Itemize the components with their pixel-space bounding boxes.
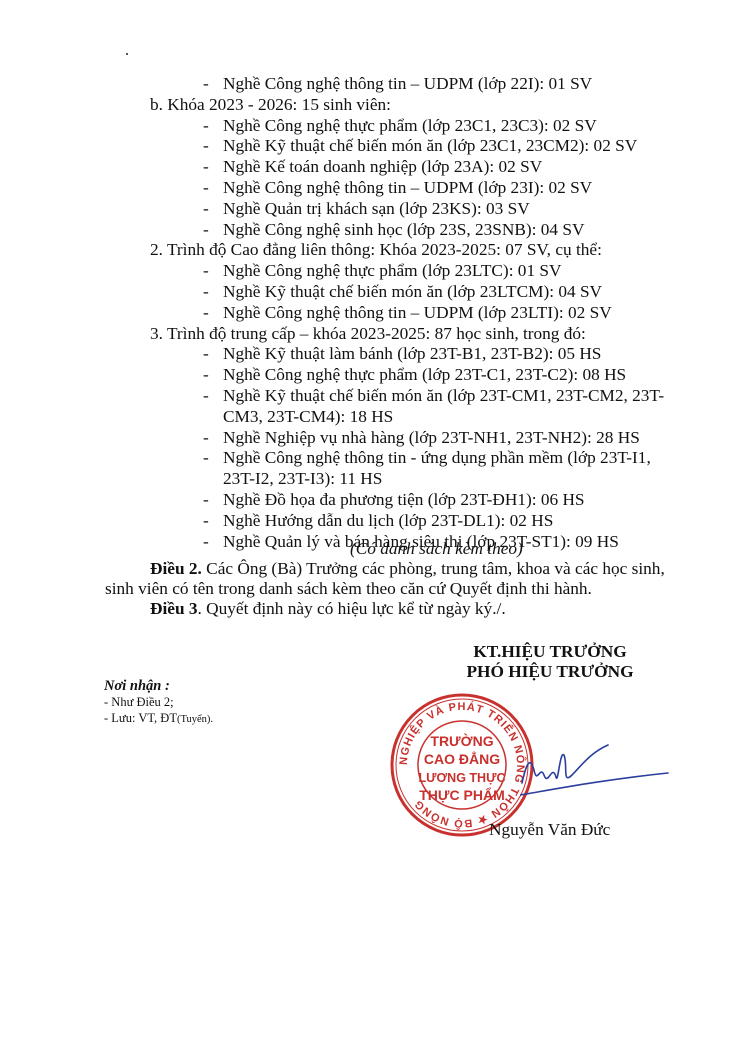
svg-text:CAO ĐẲNG: CAO ĐẲNG — [424, 750, 500, 767]
scan-speck — [126, 53, 128, 55]
list-item-continuation: 23T-I2, 23T-I3): 11 HS — [223, 469, 382, 489]
bullet-dash: - — [203, 136, 209, 156]
list-item-text: Nghề Công nghệ sinh học (lớp 23S, 23SNB)… — [223, 220, 585, 240]
document-page: -Nghề Công nghệ thông tin – UDPM (lớp 22… — [0, 0, 750, 1060]
bullet-dash: - — [203, 303, 209, 323]
list-item-text: Nghề Kỹ thuật chế biến món ăn (lớp 23C1,… — [223, 136, 637, 156]
list-item-text: Nghề Công nghệ thông tin - ứng dụng phần… — [223, 448, 651, 468]
list-item-text: Nghề Công nghệ thực phẩm (lớp 23LTC): 01… — [223, 261, 562, 281]
article-2: Điều 2. Các Ông (Bà) Trưởng các phòng, t… — [150, 559, 665, 579]
list-item-text: Nghề Kỹ thuật chế biến món ăn (lớp 23LTC… — [223, 282, 602, 302]
article-2-text: Các Ông (Bà) Trưởng các phòng, trung tâm… — [202, 559, 665, 578]
recipients-heading: Nơi nhận : — [104, 678, 213, 694]
bullet-dash: - — [203, 428, 209, 448]
section-heading: b. Khóa 2023 - 2026: 15 sinh viên: — [150, 95, 391, 115]
article-2-text-cont: sinh viên có tên trong danh sách kèm the… — [105, 579, 592, 599]
bullet-dash: - — [203, 448, 209, 468]
svg-text:LƯƠNG THỰC: LƯƠNG THỰC — [419, 771, 506, 785]
bullet-dash: - — [203, 282, 209, 302]
list-item-text: Nghề Đồ họa đa phương tiện (lớp 23T-ĐH1)… — [223, 490, 585, 510]
list-item-text: Nghề Hướng dẫn du lịch (lớp 23T-DL1): 02… — [223, 511, 553, 531]
svg-text:TRƯỜNG: TRƯỜNG — [430, 732, 493, 749]
list-item-text: Nghề Công nghệ thông tin – UDPM (lớp 23L… — [223, 303, 612, 323]
list-item-text: Nghề Công nghệ thông tin – UDPM (lớp 22I… — [223, 74, 592, 94]
signature-title-2: PHÓ HIỆU TRƯỞNG — [430, 662, 670, 682]
article-2-label: Điều 2. — [150, 559, 202, 578]
article-3: Điều 3. Quyết định này có hiệu lực kể từ… — [150, 599, 506, 619]
svg-text:THỰC PHẨM: THỰC PHẨM — [419, 786, 505, 803]
official-seal-icon: NGHIỆP VÀ PHÁT TRIỂN NÔNG THÔN ★ BỘ NÔNG… — [387, 690, 537, 840]
list-item-text: Nghề Nghiệp vụ nhà hàng (lớp 23T-NH1, 23… — [223, 428, 640, 448]
bullet-dash: - — [203, 511, 209, 531]
bullet-dash: - — [203, 116, 209, 136]
article-3-label: Điều 3 — [150, 599, 198, 618]
bullet-dash: - — [203, 532, 209, 552]
bullet-dash: - — [203, 199, 209, 219]
bullet-dash: - — [203, 74, 209, 94]
section-heading: 2. Trình độ Cao đẳng liên thông: Khóa 20… — [150, 240, 602, 260]
signer-name: Nguyễn Văn Đức — [489, 820, 610, 840]
list-item-text: Nghề Quản trị khách sạn (lớp 23KS): 03 S… — [223, 199, 530, 219]
list-item-text: Nghề Công nghệ thực phẩm (lớp 23T-C1, 23… — [223, 365, 626, 385]
recipient-item: - Như Điều 2; — [104, 694, 213, 710]
bullet-dash: - — [203, 490, 209, 510]
handwritten-signature-icon — [520, 735, 670, 805]
bullet-dash: - — [203, 220, 209, 240]
list-item-text: Nghề Kỹ thuật làm bánh (lớp 23T-B1, 23T-… — [223, 344, 601, 364]
signature-title-1: KT.HIỆU TRƯỞNG — [430, 642, 670, 662]
attached-list-note: (Có danh sách kèm theo) — [350, 539, 523, 559]
section-heading: 3. Trình độ trung cấp – khóa 2023-2025: … — [150, 324, 586, 344]
bullet-dash: - — [203, 344, 209, 364]
list-item-continuation: CM3, 23T-CM4): 18 HS — [223, 407, 393, 427]
list-item-text: Nghề Công nghệ thông tin – UDPM (lớp 23I… — [223, 178, 592, 198]
list-item-text: Nghề Kế toán doanh nghiệp (lớp 23A): 02 … — [223, 157, 542, 177]
list-item-text: Nghề Công nghệ thực phẩm (lớp 23C1, 23C3… — [223, 116, 597, 136]
bullet-dash: - — [203, 261, 209, 281]
bullet-dash: - — [203, 157, 209, 177]
recipient-item: - Lưu: VT, ĐT(Tuyển). — [104, 710, 213, 728]
bullet-dash: - — [203, 178, 209, 198]
recipients-block: Nơi nhận : - Như Điều 2; - Lưu: VT, ĐT(T… — [104, 678, 213, 728]
bullet-dash: - — [203, 365, 209, 385]
article-3-text: . Quyết định này có hiệu lực kể từ ngày … — [198, 599, 506, 618]
bullet-dash: - — [203, 386, 209, 406]
list-item-text: Nghề Kỹ thuật chế biến món ăn (lớp 23T-C… — [223, 386, 664, 406]
